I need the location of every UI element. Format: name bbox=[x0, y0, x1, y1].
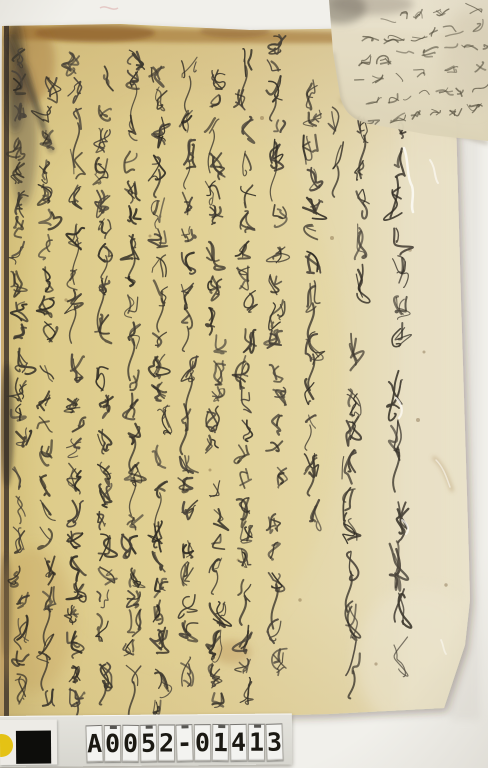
yellow-calibration-dot bbox=[0, 734, 13, 757]
catalog-label-strip: A0052-01413 A0052-01413 bbox=[0, 713, 292, 767]
label-tile: 3 bbox=[265, 723, 283, 761]
label-tile: A bbox=[85, 725, 103, 763]
vignette bbox=[0, 0, 488, 768]
manuscript-photograph: A0052-01413 A0052-01413 bbox=[0, 0, 488, 768]
manuscript-scene bbox=[0, 0, 488, 768]
label-tile: 0 bbox=[104, 725, 121, 762]
label-tile: 1 bbox=[212, 724, 230, 761]
label-tile: - bbox=[175, 724, 193, 762]
black-calibration-square bbox=[16, 731, 51, 764]
label-tile: 0 bbox=[122, 725, 140, 762]
label-tile: 4 bbox=[230, 724, 248, 761]
label-tile: 0 bbox=[194, 724, 211, 761]
label-tile: 1 bbox=[248, 724, 265, 761]
catalog-number-tiles: A0052-01413 bbox=[86, 724, 283, 763]
color-calibration-card bbox=[0, 719, 57, 764]
label-tile: 2 bbox=[158, 724, 175, 761]
label-tile: 5 bbox=[140, 725, 158, 762]
